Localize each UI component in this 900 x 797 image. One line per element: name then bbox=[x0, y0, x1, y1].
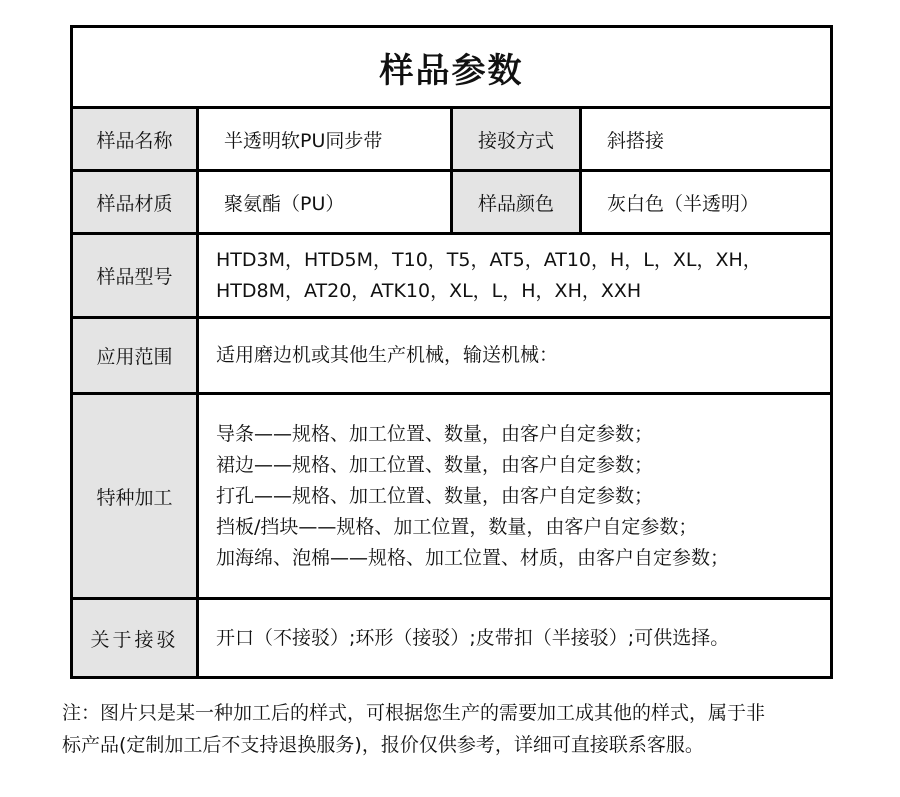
label-sample-model: 样品型号 bbox=[72, 234, 198, 318]
footer-note-line-2: 标产品(定制加工后不支持退换服务)，报价仅供参考，详细可直接联系客服。 bbox=[62, 729, 862, 761]
title-row: 样品参数 bbox=[72, 27, 832, 108]
value-special-processing: 导条——规格、加工位置、数量，由客户自定参数； 裙边——规格、加工位置、数量，由… bbox=[198, 394, 832, 599]
value-joint-method: 斜搭接 bbox=[581, 108, 832, 171]
model-line-1: HTD3M，HTD5M，T10，T5，AT5，AT10，H，L，XL，XH， bbox=[216, 245, 824, 276]
label-sample-material: 样品材质 bbox=[72, 171, 198, 234]
label-sample-name: 样品名称 bbox=[72, 108, 198, 171]
footer-note: 注：图片只是某一种加工后的样式，可根据您生产的需要加工成其他的样式，属于非 标产… bbox=[62, 697, 862, 761]
processing-line-5: 加海绵、泡棉——规格、加工位置、材质，由客户自定参数； bbox=[216, 543, 824, 574]
joint-line-1: 开口（不接驳）;环形（接驳）;皮带扣（半接驳）;可供选择。 bbox=[216, 623, 824, 654]
value-sample-color: 灰白色（半透明） bbox=[581, 171, 832, 234]
label-sample-color: 样品颜色 bbox=[452, 171, 581, 234]
row-sample-material: 样品材质 聚氨酯（PU） 样品颜色 灰白色（半透明） bbox=[72, 171, 832, 234]
model-line-2: HTD8M，AT20，ATK10，XL，L，H，XH，XXH bbox=[216, 276, 824, 307]
application-line-1: 适用磨边机或其他生产机械，输送机械： bbox=[216, 340, 824, 371]
row-application-scope: 应用范围 适用磨边机或其他生产机械，输送机械： bbox=[72, 318, 832, 394]
label-joint-method: 接驳方式 bbox=[452, 108, 581, 171]
value-about-joint: 开口（不接驳）;环形（接驳）;皮带扣（半接驳）;可供选择。 bbox=[198, 599, 832, 678]
label-about-joint: 关于接驳 bbox=[72, 599, 198, 678]
table-title: 样品参数 bbox=[72, 27, 832, 108]
spec-table-wrap: 样品参数 样品名称 半透明软PU同步带 接驳方式 斜搭接 样品材质 聚氨酯（PU… bbox=[70, 25, 833, 679]
value-application-scope: 适用磨边机或其他生产机械，输送机械： bbox=[198, 318, 832, 394]
footer-note-line-1: 注：图片只是某一种加工后的样式，可根据您生产的需要加工成其他的样式，属于非 bbox=[62, 697, 862, 729]
processing-line-2: 裙边——规格、加工位置、数量，由客户自定参数； bbox=[216, 450, 824, 481]
processing-line-3: 打孔——规格、加工位置、数量，由客户自定参数； bbox=[216, 481, 824, 512]
processing-line-4: 挡板/挡块——规格、加工位置，数量，由客户自定参数； bbox=[216, 512, 824, 543]
row-sample-model: 样品型号 HTD3M，HTD5M，T10，T5，AT5，AT10，H，L，XL，… bbox=[72, 234, 832, 318]
page: 样品参数 样品名称 半透明软PU同步带 接驳方式 斜搭接 样品材质 聚氨酯（PU… bbox=[0, 0, 900, 797]
label-application-scope: 应用范围 bbox=[72, 318, 198, 394]
row-special-processing: 特种加工 导条——规格、加工位置、数量，由客户自定参数； 裙边——规格、加工位置… bbox=[72, 394, 832, 599]
value-sample-material: 聚氨酯（PU） bbox=[198, 171, 452, 234]
value-sample-name: 半透明软PU同步带 bbox=[198, 108, 452, 171]
row-sample-name: 样品名称 半透明软PU同步带 接驳方式 斜搭接 bbox=[72, 108, 832, 171]
row-about-joint: 关于接驳 开口（不接驳）;环形（接驳）;皮带扣（半接驳）;可供选择。 bbox=[72, 599, 832, 678]
spec-table: 样品参数 样品名称 半透明软PU同步带 接驳方式 斜搭接 样品材质 聚氨酯（PU… bbox=[70, 25, 833, 679]
value-sample-model: HTD3M，HTD5M，T10，T5，AT5，AT10，H，L，XL，XH， H… bbox=[198, 234, 832, 318]
processing-line-1: 导条——规格、加工位置、数量，由客户自定参数； bbox=[216, 419, 824, 450]
label-special-processing: 特种加工 bbox=[72, 394, 198, 599]
